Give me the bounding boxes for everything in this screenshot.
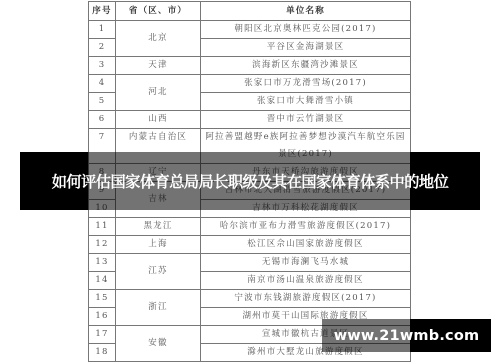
table-row: 15 浙江 宁波市东钱湖旅游度假区(2017) <box>89 290 411 308</box>
table-row: 12 上海 松江区佘山国家旅游度假区 <box>89 236 411 254</box>
cell-index: 17 <box>89 326 116 344</box>
cell-unit: 无锡市海澜飞马水城 <box>201 254 411 272</box>
cell-province: 上海 <box>116 236 201 254</box>
table-row: 1 北京 朝阳区北京奥林匹克公园(2017) <box>89 21 411 39</box>
cell-province: 北京 <box>116 21 201 57</box>
cell-index: 3 <box>89 57 116 75</box>
cell-province: 安徽 <box>116 326 201 362</box>
header-index: 序号 <box>89 2 116 21</box>
cell-unit: 南京市汤山温泉旅游度假区 <box>201 272 411 290</box>
table-row: 13 江苏 无锡市海澜飞马水城 <box>89 254 411 272</box>
cell-index: 2 <box>89 39 116 57</box>
cell-unit: 平谷区金海湖景区 <box>201 39 411 57</box>
cell-index: 15 <box>89 290 116 308</box>
cell-index: 5 <box>89 93 116 111</box>
header-province: 省（区、市） <box>116 2 201 21</box>
table-row: 11 黑龙江 哈尔滨市亚布力滑雪旅游度假区(2017) <box>89 218 411 236</box>
cell-unit: 张家口市万龙滑雪场(2017) <box>201 75 411 93</box>
cell-unit: 朝阳区北京奥林匹克公园(2017) <box>201 21 411 39</box>
table-row: 6 山西 晋中市云竹湖景区 <box>89 111 411 129</box>
cell-index: 16 <box>89 308 116 326</box>
cell-index: 14 <box>89 272 116 290</box>
cell-province: 黑龙江 <box>116 218 201 236</box>
article-title: 如何评估国家体育总局局长职级及其在国家体育体系中的地位 <box>20 152 480 210</box>
table-header-row: 序号 省（区、市） 单位名称 <box>89 2 411 21</box>
cell-index: 6 <box>89 111 116 129</box>
cell-province: 天津 <box>116 57 201 75</box>
cell-province: 浙江 <box>116 290 201 326</box>
cell-province: 河北 <box>116 75 201 111</box>
cell-index: 12 <box>89 236 116 254</box>
cell-index: 18 <box>89 344 116 362</box>
cell-index: 4 <box>89 75 116 93</box>
table-row: 4 河北 张家口市万龙滑雪场(2017) <box>89 75 411 93</box>
header-unit-name: 单位名称 <box>201 2 411 21</box>
cell-unit: 张家口市大舞滑雪小镇 <box>201 93 411 111</box>
cell-province: 江苏 <box>116 254 201 290</box>
cell-unit: 晋中市云竹湖景区 <box>201 111 411 129</box>
cell-unit: 滨海新区东疆湾沙滩景区 <box>201 57 411 75</box>
table-row: 3 天津 滨海新区东疆湾沙滩景区 <box>89 57 411 75</box>
watermark-text: www.21wmb.com <box>322 319 491 352</box>
cell-unit: 哈尔滨市亚布力滑雪旅游度假区(2017) <box>201 218 411 236</box>
cell-province: 山西 <box>116 111 201 129</box>
cell-index: 11 <box>89 218 116 236</box>
cell-unit: 宁波市东钱湖旅游度假区(2017) <box>201 290 411 308</box>
cell-unit: 松江区佘山国家旅游度假区 <box>201 236 411 254</box>
cell-index: 13 <box>89 254 116 272</box>
cell-index: 1 <box>89 21 116 39</box>
